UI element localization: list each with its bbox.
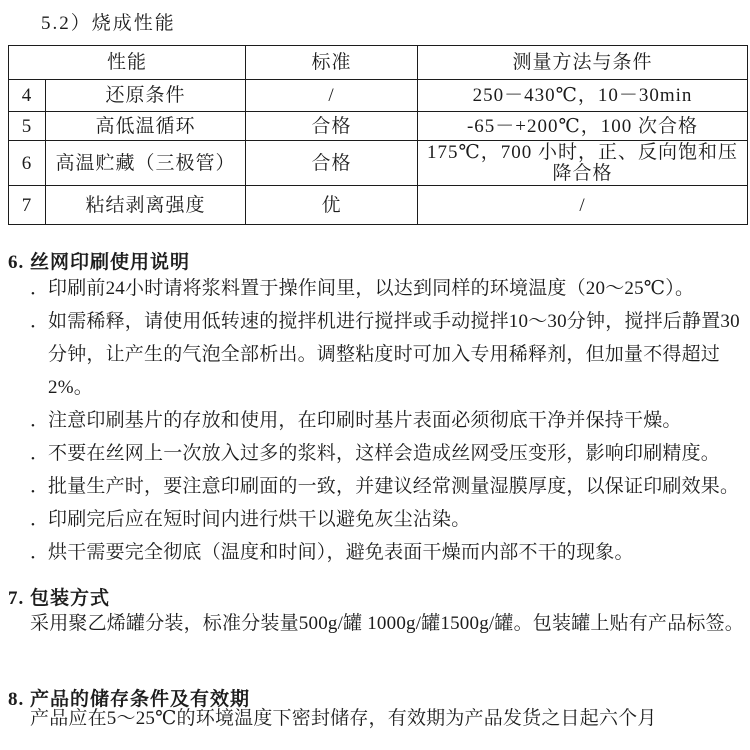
standard-value: 合格 — [246, 112, 418, 141]
method-value: -65－+200℃，100 次合格 — [418, 112, 748, 141]
bullet-marker: ． — [30, 470, 48, 503]
standard-value: 优 — [246, 186, 418, 225]
section-number: 7. — [8, 588, 30, 610]
section-6-heading: 6.丝网印刷使用说明 — [8, 247, 190, 274]
performance-name: 粘结剥离强度 — [46, 186, 246, 225]
table-row: 5 高低温循环 合格 -65－+200℃，100 次合格 — [9, 112, 748, 141]
list-item: ． 印刷前24小时请将浆料置于操作间里，以达到同样的环境温度（20～25℃）。 — [30, 272, 746, 305]
list-item: ． 烘干需要完全彻底（温度和时间），避免表面干燥而内部不干的现象。 — [30, 536, 746, 569]
list-item-text: 印刷完后应在短时间内进行烘干以避免灰尘沾染。 — [48, 503, 746, 536]
instruction-list: ． 印刷前24小时请将浆料置于操作间里，以达到同样的环境温度（20～25℃）。 … — [30, 272, 746, 569]
row-number: 6 — [9, 141, 46, 186]
bullet-marker: ． — [30, 536, 48, 569]
col-header-standard: 标准 — [246, 46, 418, 80]
row-number: 4 — [9, 80, 46, 112]
performance-name: 高温贮藏（三极管） — [46, 141, 246, 186]
section-title: 包装方式 — [30, 588, 110, 609]
method-value: 250－430℃，10－30min — [418, 80, 748, 112]
section-7-heading: 7.包装方式 — [8, 583, 110, 610]
standard-value: 合格 — [246, 141, 418, 186]
list-item: ． 印刷完后应在短时间内进行烘干以避免灰尘沾染。 — [30, 503, 746, 536]
col-header-performance: 性能 — [9, 46, 246, 80]
row-number: 5 — [9, 112, 46, 141]
list-item: ． 不要在丝网上一次放入过多的浆料，这样会造成丝网受压变形，影响印刷精度。 — [30, 437, 746, 470]
packaging-description: 采用聚乙烯罐分装，标准分装量500g/罐 1000g/罐1500g/罐。包装罐上… — [30, 612, 747, 636]
list-item: ． 批量生产时，要注意印刷面的一致，并建议经常测量湿膜厚度，以保证印刷效果。 — [30, 470, 746, 503]
section-number: 6. — [8, 252, 30, 274]
table-row: 6 高温贮藏（三极管） 合格 175℃，700 小时，正、反向饱和压降合格 — [9, 141, 748, 186]
bullet-marker: ． — [30, 503, 48, 536]
col-header-method: 测量方法与条件 — [418, 46, 748, 80]
method-value: 175℃，700 小时，正、反向饱和压降合格 — [418, 141, 748, 186]
list-item: ． 注意印刷基片的存放和使用，在印刷时基片表面必须彻底干净并保持干燥。 — [30, 404, 746, 437]
bullet-marker: ． — [30, 437, 48, 470]
performance-name: 高低温循环 — [46, 112, 246, 141]
firing-performance-table: 性能 标准 测量方法与条件 4 还原条件 / 250－430℃，10－30min… — [8, 45, 748, 225]
list-item-text: 不要在丝网上一次放入过多的浆料，这样会造成丝网受压变形，影响印刷精度。 — [48, 437, 746, 470]
method-value: / — [418, 186, 748, 225]
list-item-text: 注意印刷基片的存放和使用，在印刷时基片表面必须彻底干净并保持干燥。 — [48, 404, 746, 437]
storage-description: 产品应在5～25℃的环境温度下密封储存，有效期为产品发货之日起六个月 — [30, 707, 747, 731]
table-row: 7 粘结剥离强度 优 / — [9, 186, 748, 225]
list-item-text: 如需稀释，请使用低转速的搅拌机进行搅拌或手动搅拌10～30分钟，搅拌后静置30分… — [48, 305, 746, 404]
bullet-marker: ． — [30, 305, 48, 338]
list-item: ． 如需稀释，请使用低转速的搅拌机进行搅拌或手动搅拌10～30分钟，搅拌后静置3… — [30, 305, 746, 404]
list-item-text: 烘干需要完全彻底（温度和时间），避免表面干燥而内部不干的现象。 — [48, 536, 746, 569]
list-item-text: 批量生产时，要注意印刷面的一致，并建议经常测量湿膜厚度，以保证印刷效果。 — [48, 470, 746, 503]
list-item-text: 印刷前24小时请将浆料置于操作间里，以达到同样的环境温度（20～25℃）。 — [48, 272, 746, 305]
table-row: 4 还原条件 / 250－430℃，10－30min — [9, 80, 748, 112]
row-number: 7 — [9, 186, 46, 225]
performance-name: 还原条件 — [46, 80, 246, 112]
standard-value: / — [246, 80, 418, 112]
subsection-title: 5.2）烧成性能 — [41, 8, 176, 35]
bullet-marker: ． — [30, 404, 48, 437]
section-title: 丝网印刷使用说明 — [30, 252, 190, 273]
table-header-row: 性能 标准 测量方法与条件 — [9, 46, 748, 80]
section-number: 8. — [8, 689, 30, 711]
document-page: 5.2）烧成性能 性能 标准 测量方法与条件 4 还原条件 / 250－430℃… — [0, 0, 750, 750]
bullet-marker: ． — [30, 272, 48, 305]
